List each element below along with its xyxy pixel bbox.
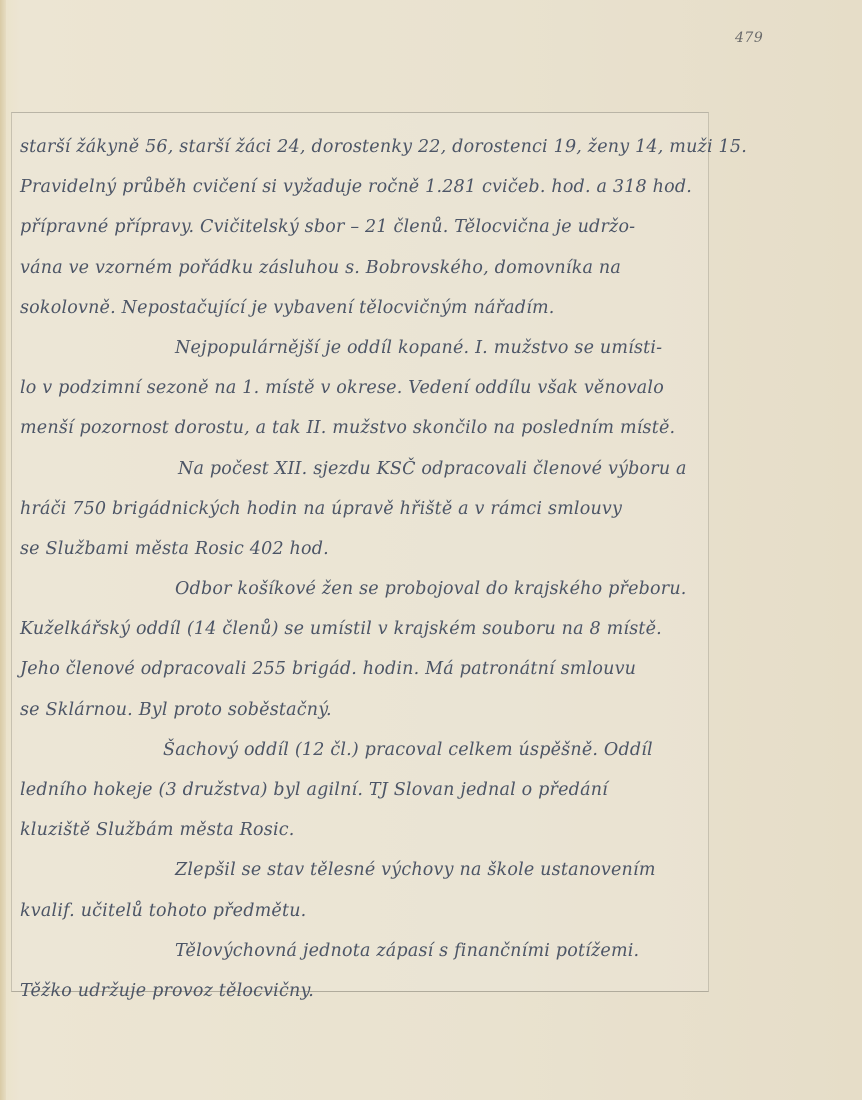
text-line: menší pozornost dorostu, a tak II. mužst… <box>20 408 710 448</box>
page-number: 479 <box>735 30 763 46</box>
text-line: kluziště Službám města Rosic. <box>20 810 710 850</box>
text-line: starší žákyně 56, starší žáci 24, dorost… <box>20 127 710 167</box>
text-line: Jeho členové odpracovali 255 brigád. hod… <box>20 649 710 689</box>
text-line: Těžko udržuje provoz tělocvičny. <box>20 971 710 1011</box>
text-line: Kuželkářský oddíl (14 členů) se umístil … <box>20 609 710 649</box>
text-line: hráči 750 brigádnických hodin na úpravě … <box>20 489 710 529</box>
text-line: kvalif. učitelů tohoto předmětu. <box>20 891 710 931</box>
text-line: se Sklárnou. Byl proto soběstačný. <box>20 690 710 730</box>
text-line: sokolovně. Nepostačující je vybavení těl… <box>20 288 710 328</box>
page-binding-edge <box>0 0 6 1100</box>
text-line: přípravné přípravy. Cvičitelský sbor – 2… <box>20 207 710 247</box>
paragraph-start-line: Šachový oddíl (12 čl.) pracoval celkem ú… <box>20 730 710 770</box>
text-line: lo v podzimní sezoně na 1. místě v okres… <box>20 368 710 408</box>
paragraph-start-line: Na počest XII. sjezdu KSČ odpracovali čl… <box>20 449 710 489</box>
paragraph-start-line: Tělovýchovná jednota zápasí s finančními… <box>20 931 710 971</box>
text-line: Pravidelný průběh cvičení si vyžaduje ro… <box>20 167 710 207</box>
paragraph-start-line: Zlepšil se stav tělesné výchovy na škole… <box>20 850 710 890</box>
text-line: se Službami města Rosic 402 hod. <box>20 529 710 569</box>
text-line: ledního hokeje (3 družstva) byl agilní. … <box>20 770 710 810</box>
handwritten-text-block: starší žákyně 56, starší žáci 24, dorost… <box>20 127 710 1011</box>
text-line: vána ve vzorném pořádku zásluhou s. Bobr… <box>20 248 710 288</box>
paragraph-start-line: Nejpopulárnější je oddíl kopané. I. mužs… <box>20 328 710 368</box>
paragraph-start-line: Odbor košíkové žen se probojoval do kraj… <box>20 569 710 609</box>
